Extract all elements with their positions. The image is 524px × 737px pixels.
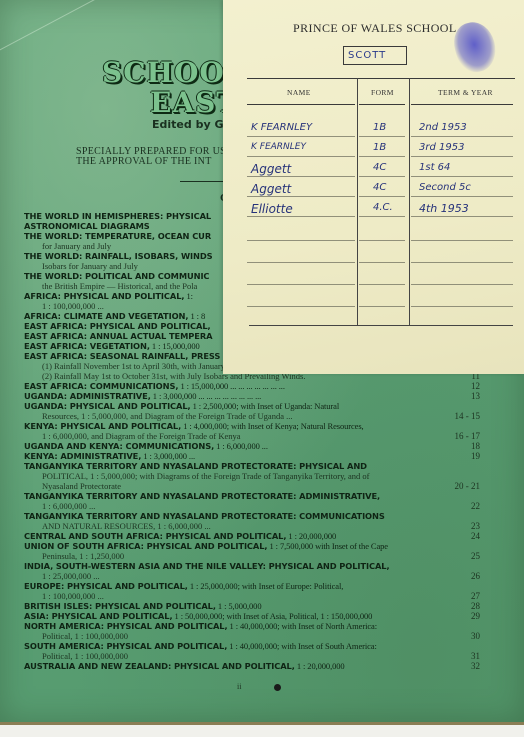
toc-scale-text: 1 : 4,000,000; with Inset of Kenya; Natu… (181, 421, 363, 431)
row-rule (247, 196, 355, 197)
toc-heading-text: ASTRONOMICAL DIAGRAMS (24, 221, 150, 231)
toc-scale-text: 1 : 40,000,000; with Inset of North Amer… (228, 621, 377, 631)
toc-heading-text: EAST AFRICA: VEGETATION, (24, 341, 150, 351)
toc-heading-text: TANGANYIKA TERRITORY AND NYASALAND PROTE… (24, 491, 380, 501)
toc-entry: SOUTH AMERICA: PHYSICAL AND POLITICAL, 1… (24, 641, 480, 661)
header-rule-name (247, 104, 355, 105)
toc-page-number: 29 (471, 611, 480, 621)
toc-scale-text: 1 : 3,000,000 ... ... ... ... ... ... ..… (151, 391, 261, 401)
cell-name: K FEARNLEY (251, 122, 312, 133)
toc-entry-title: KENYA: PHYSICAL AND POLITICAL, 1 : 4,000… (24, 421, 480, 431)
toc-heading-text: EAST AFRICA: ANNUAL ACTUAL TEMPERA (24, 331, 212, 341)
toc-heading-text: KENYA: ADMINISTRATIVE, (24, 451, 141, 461)
toc-entry-title: KENYA: ADMINISTRATIVE, 1 : 3,000,000 ... (24, 451, 480, 461)
special-line-2: THE APPROVAL OF THE INT (76, 157, 232, 167)
toc-entry-title: SOUTH AMERICA: PHYSICAL AND POLITICAL, 1… (24, 641, 480, 651)
toc-entry: INDIA, SOUTH-WESTERN ASIA AND THE NILE V… (24, 561, 480, 581)
toc-entry-title: AUSTRALIA AND NEW ZEALAND: PHYSICAL AND … (24, 661, 480, 671)
toc-page-number: 31 (471, 651, 480, 661)
toc-entry: TANGANYIKA TERRITORY AND NYASALAND PROTE… (24, 491, 480, 511)
toc-entry: UGANDA: ADMINISTRATIVE, 1 : 3,000,000 ..… (24, 391, 480, 401)
toc-heading-text: UGANDA AND KENYA: COMMUNICATIONS, (24, 441, 214, 451)
toc-page-number: 25 (471, 551, 480, 561)
row-rule (247, 306, 355, 307)
paper-crease (0, 0, 245, 61)
toc-entry-title: CENTRAL AND SOUTH AFRICA: PHYSICAL AND P… (24, 531, 480, 541)
row-rule (411, 136, 513, 137)
toc-scale-text: 1 : 25,000,000; with Inset of Europe: Po… (188, 581, 343, 591)
cell-form: 4C (373, 162, 386, 173)
toc-subline: Peninsula, 1 : 1,250,000 (24, 551, 480, 561)
toc-page-number: 27 (471, 591, 480, 601)
toc-entry: UNION OF SOUTH AFRICA: PHYSICAL AND POLI… (24, 541, 480, 561)
toc-page-number: 22 (471, 501, 480, 511)
book-issue-card: PRINCE OF WALES SCHOOL SCOTT NAME FORM T… (223, 0, 524, 374)
toc-heading-text: UNION OF SOUTH AFRICA: PHYSICAL AND POLI… (24, 541, 267, 551)
divider (180, 181, 225, 182)
row-rule (359, 216, 405, 217)
toc-heading-text: EAST AFRICA: COMMUNICATIONS, (24, 381, 178, 391)
toc-subline: 1 : 6,000,000 ... (24, 501, 480, 511)
cell-form: 1B (373, 122, 386, 133)
toc-subline: Political, 1 : 100,000,000 (24, 651, 480, 661)
row-rule (411, 240, 513, 241)
toc-heading-text: CENTRAL AND SOUTH AFRICA: PHYSICAL AND P… (24, 531, 286, 541)
page-number: ii (237, 682, 241, 691)
toc-scale-text: 1 : 40,000,000; with Inset of South Amer… (227, 641, 376, 651)
toc-heading-text: AFRICA: CLIMATE AND VEGETATION, (24, 311, 188, 321)
column-header-form: FORM (371, 88, 394, 97)
cell-form: 1B (373, 142, 386, 153)
toc-entry: TANGANYIKA TERRITORY AND NYASALAND PROTE… (24, 461, 480, 491)
row-rule (247, 136, 355, 137)
toc-entry: NORTH AMERICA: PHYSICAL AND POLITICAL, 1… (24, 621, 480, 641)
row-rule (247, 156, 355, 157)
toc-heading-text: ASIA: PHYSICAL AND POLITICAL, (24, 611, 173, 621)
toc-scale-text: 1 : 8 (188, 311, 205, 321)
toc-entry: AUSTRALIA AND NEW ZEALAND: PHYSICAL AND … (24, 661, 480, 671)
toc-subline: Political, 1 : 100,000,000 (24, 631, 480, 641)
row-rule (411, 156, 513, 157)
cell-name: Aggett (251, 162, 291, 176)
toc-heading-text: THE WORLD IN HEMISPHERES: PHYSICAL (24, 211, 211, 221)
column-divider (357, 78, 358, 326)
cell-name: Elliotte (251, 202, 293, 216)
column-divider (409, 78, 410, 326)
column-header-name: NAME (287, 88, 311, 97)
row-rule (411, 196, 513, 197)
cell-name: Aggett (251, 182, 291, 196)
toc-entry: ASIA: PHYSICAL AND POLITICAL, 1 : 50,000… (24, 611, 480, 621)
row-rule (359, 262, 405, 263)
toc-entry: KENYA: PHYSICAL AND POLITICAL, 1 : 4,000… (24, 421, 480, 441)
cell-name: K FEARNLEY (251, 142, 306, 152)
toc-subline: Nyasaland Protectorate (24, 481, 480, 491)
row-rule (411, 284, 513, 285)
row-rule (359, 136, 405, 137)
toc-heading-text: UGANDA: PHYSICAL AND POLITICAL, (24, 401, 191, 411)
row-rule (411, 216, 513, 217)
cell-term: 3rd 1953 (419, 142, 464, 153)
edited-by: Edited by GE (152, 118, 231, 131)
toc-page-number: 23 (471, 521, 480, 531)
toc-entry-title: ASIA: PHYSICAL AND POLITICAL, 1 : 50,000… (24, 611, 480, 621)
toc-heading-text: KENYA: PHYSICAL AND POLITICAL, (24, 421, 181, 431)
toc-page-number: 14 - 15 (455, 411, 481, 421)
table-bottom-rule (249, 325, 513, 326)
toc-heading-text: THE WORLD: POLITICAL AND COMMUNIC (24, 271, 209, 281)
toc-page-number: 16 - 17 (455, 431, 481, 441)
ink-stamp (449, 18, 501, 77)
special-notice: SPECIALLY PREPARED FOR USE THE APPROVAL … (76, 147, 232, 167)
toc-heading-text: NORTH AMERICA: PHYSICAL AND POLITICAL, (24, 621, 228, 631)
toc-scale-text: 1 : 7,500,000 with Inset of the Cape (267, 541, 387, 551)
toc-entry-title: UGANDA: ADMINISTRATIVE, 1 : 3,000,000 ..… (24, 391, 480, 401)
toc-entry: UGANDA: PHYSICAL AND POLITICAL, 1 : 2,50… (24, 401, 480, 421)
toc-heading-text: AUSTRALIA AND NEW ZEALAND: PHYSICAL AND … (24, 661, 295, 671)
toc-subline: 1 : 25,000,000 ... (24, 571, 480, 581)
toc-page-number: 19 (471, 451, 480, 461)
toc-heading-text: EAST AFRICA: PHYSICAL AND POLITICAL, (24, 321, 211, 331)
toc-heading-text: THE WORLD: RAINFALL, ISOBARS, WINDS (24, 251, 213, 261)
toc-entry: TANGANYIKA TERRITORY AND NYASALAND PROTE… (24, 511, 480, 531)
cell-form: 4.C. (373, 202, 393, 213)
row-rule (359, 284, 405, 285)
row-rule (247, 284, 355, 285)
toc-heading-text: AFRICA: PHYSICAL AND POLITICAL, (24, 291, 184, 301)
row-rule (411, 306, 513, 307)
toc-page-number: 28 (471, 601, 480, 611)
cell-term: 2nd 1953 (419, 122, 467, 133)
toc-scale-text: 1 : 20,000,000 (286, 531, 336, 541)
toc-entry-title: UNION OF SOUTH AFRICA: PHYSICAL AND POLI… (24, 541, 480, 551)
toc-page-number: 32 (471, 661, 480, 671)
header-top-rule (247, 78, 515, 79)
owner-name: SCOTT (348, 50, 386, 61)
toc-entry: BRITISH ISLES: PHYSICAL AND POLITICAL, 1… (24, 601, 480, 611)
cell-term: Second 5c (419, 182, 471, 193)
toc-page-number: 13 (471, 391, 480, 401)
toc-page-number: 26 (471, 571, 480, 581)
toc-entry: KENYA: ADMINISTRATIVE, 1 : 3,000,000 ...… (24, 451, 480, 461)
toc-page-number: 18 (471, 441, 480, 451)
toc-subline: POLITICAL, 1 : 5,000,000; with Diagrams … (24, 471, 480, 481)
column-header-term-year: TERM & YEAR (438, 88, 493, 97)
toc-heading-text: TANGANYIKA TERRITORY AND NYASALAND PROTE… (24, 461, 367, 471)
toc-scale-text: 1 : 2,500,000; with Inset of Uganda: Nat… (191, 401, 339, 411)
owner-name-box: SCOTT (343, 46, 407, 65)
toc-subline: 1 : 100,000,000 ... (24, 591, 480, 601)
header-rule-term (411, 104, 513, 105)
toc-entry-title: UGANDA AND KENYA: COMMUNICATIONS, 1 : 6,… (24, 441, 480, 451)
toc-entry-title: EUROPE: PHYSICAL AND POLITICAL, 1 : 25,0… (24, 581, 480, 591)
cell-form: 4C (373, 182, 386, 193)
toc-entry: EAST AFRICA: COMMUNICATIONS, 1 : 15,000,… (24, 381, 480, 391)
toc-scale-text: 1 : 5,000,000 (216, 601, 262, 611)
row-rule (359, 176, 405, 177)
toc-heading-text: BRITISH ISLES: PHYSICAL AND POLITICAL, (24, 601, 216, 611)
row-rule (247, 240, 355, 241)
row-rule (359, 240, 405, 241)
toc-scale-text: 1 : 15,000,000 ... ... ... ... ... ... .… (178, 381, 284, 391)
row-rule (247, 262, 355, 263)
toc-subline: Resources, 1 : 5,000,000, and Diagram of… (24, 411, 480, 421)
toc-entry-title: BRITISH ISLES: PHYSICAL AND POLITICAL, 1… (24, 601, 480, 611)
toc-entry-title: INDIA, SOUTH-WESTERN ASIA AND THE NILE V… (24, 561, 480, 571)
toc-page-number: 20 - 21 (455, 481, 481, 491)
toc-scale-text: 1 : 3,000,000 ... (141, 451, 195, 461)
cell-term: 4th 1953 (419, 202, 469, 215)
toc-scale-text: 1 : 15,000,000 (150, 341, 200, 351)
toc-heading-text: SOUTH AMERICA: PHYSICAL AND POLITICAL, (24, 641, 227, 651)
toc-entry-title: EAST AFRICA: COMMUNICATIONS, 1 : 15,000,… (24, 381, 480, 391)
header-rule-form (359, 104, 405, 105)
toc-entry: EUROPE: PHYSICAL AND POLITICAL, 1 : 25,0… (24, 581, 480, 601)
toc-scale-text: 1: (184, 291, 192, 301)
toc-entry: UGANDA AND KENYA: COMMUNICATIONS, 1 : 6,… (24, 441, 480, 451)
toc-heading-text: TANGANYIKA TERRITORY AND NYASALAND PROTE… (24, 511, 385, 521)
school-name: PRINCE OF WALES SCHOOL (293, 21, 457, 36)
ink-blot (274, 684, 281, 691)
row-rule (411, 176, 513, 177)
row-rule (359, 196, 405, 197)
toc-page-number: 30 (471, 631, 480, 641)
toc-heading-text: THE WORLD: TEMPERATURE, OCEAN CUR (24, 231, 211, 241)
toc-entry: CENTRAL AND SOUTH AFRICA: PHYSICAL AND P… (24, 531, 480, 541)
toc-scale-text: 1 : 50,000,000; with Inset of Asia, Poli… (173, 611, 373, 621)
toc-subline: AND NATURAL RESOURCES, 1 : 6,000,000 ... (24, 521, 480, 531)
toc-heading-text: INDIA, SOUTH-WESTERN ASIA AND THE NILE V… (24, 561, 390, 571)
row-rule (359, 306, 405, 307)
toc-heading-text: EUROPE: PHYSICAL AND POLITICAL, (24, 581, 188, 591)
row-rule (247, 216, 355, 217)
cell-term: 1st 64 (419, 162, 450, 173)
toc-scale-text: 1 : 20,000,000 (295, 661, 345, 671)
toc-entry-title: UGANDA: PHYSICAL AND POLITICAL, 1 : 2,50… (24, 401, 480, 411)
toc-subline: 1 : 6,000,000, and Diagram of the Foreig… (24, 431, 480, 441)
toc-page-number: 12 (471, 381, 480, 391)
toc-heading-text: EAST AFRICA: SEASONAL RAINFALL, PRESS (24, 351, 220, 361)
toc-scale-text: 1 : 6,000,000 ... (214, 441, 268, 451)
toc-page-number: 24 (471, 531, 480, 541)
toc-entry-title: TANGANYIKA TERRITORY AND NYASALAND PROTE… (24, 461, 480, 471)
row-rule (411, 262, 513, 263)
toc-entry-title: TANGANYIKA TERRITORY AND NYASALAND PROTE… (24, 511, 480, 521)
toc-entry-title: NORTH AMERICA: PHYSICAL AND POLITICAL, 1… (24, 621, 480, 631)
toc-heading-text: UGANDA: ADMINISTRATIVE, (24, 391, 151, 401)
toc-entry-title: TANGANYIKA TERRITORY AND NYASALAND PROTE… (24, 491, 480, 501)
row-rule (359, 156, 405, 157)
row-rule (247, 176, 355, 177)
